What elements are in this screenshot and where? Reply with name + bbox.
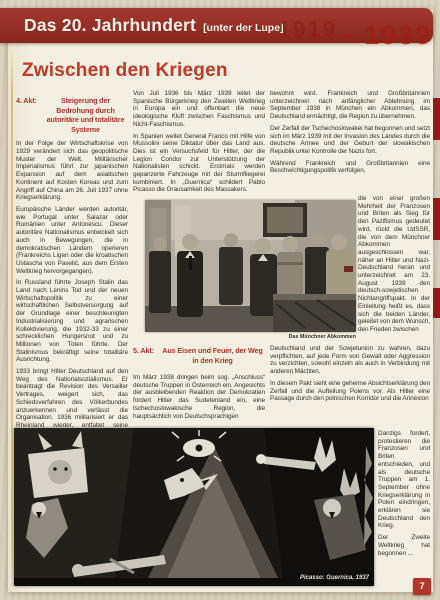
paper-crease bbox=[11, 48, 13, 594]
paragraph: Während Frankreich und Großbritannien ei… bbox=[270, 160, 430, 175]
column-right-top: bewohnt wird. Frankreich und Großbritann… bbox=[270, 90, 430, 194]
column-middle-top: Von Juli 1936 bis März 1939 leitet der S… bbox=[133, 90, 265, 198]
munich-agreement-photo bbox=[145, 200, 356, 332]
section-title: Zwischen den Kriegen bbox=[22, 60, 228, 82]
year-end: - 1939 bbox=[344, 20, 433, 50]
paragraph: In Spanien weitet General Franco mit Hil… bbox=[133, 133, 265, 195]
paragraph: Europäische Länder werden autoritär, wie… bbox=[16, 206, 128, 275]
paragraph: Im März 1938 dringen beim sog. „Anschlus… bbox=[133, 374, 265, 420]
act5-label: 5. Akt: bbox=[133, 346, 154, 356]
guernica-painting: Picasso: Guernica, 1937 bbox=[14, 428, 374, 586]
paragraph: Der Zweite Weltkrieg hat begonnen ... bbox=[378, 534, 430, 557]
chapter-year-range: 1919 - 1939 bbox=[278, 13, 432, 44]
paragraph: Deutschland und der Sowjetunion zu wahre… bbox=[270, 345, 430, 376]
paragraph: Der Zerfall der Tschechoslowakei hat beg… bbox=[270, 125, 430, 156]
textbook-page: { "header": { "title": "Das 20. Jahrhund… bbox=[0, 0, 440, 600]
paragraph: Danzigs fordert, protestieren die Franzo… bbox=[378, 430, 430, 530]
column-right-narrow-photo: die von einer großen Mehrheit der Franzo… bbox=[358, 195, 430, 345]
page-number-badge: 7 bbox=[413, 578, 431, 595]
page-edge-tab bbox=[433, 288, 440, 318]
paragraph: die von einer großen Mehrheit der Franzo… bbox=[358, 195, 430, 334]
photo-caption: Das Münchner Abkommen bbox=[205, 334, 356, 340]
chapter-title: Das 20. Jahrhundert bbox=[0, 15, 196, 36]
page-edge-tab bbox=[433, 198, 440, 240]
act5-title: Aus Eisen und Feuer, der Weg in den Krie… bbox=[162, 346, 263, 365]
act4-title: Steigerung der Bedrohung durch autoritär… bbox=[47, 96, 125, 134]
act5-heading: 5. Akt: Aus Eisen und Feuer, der Weg in … bbox=[133, 346, 265, 365]
act4-label: 4. Akt: bbox=[16, 96, 37, 106]
paragraph: In diesem Pakt sieht eine geheime Absich… bbox=[270, 380, 430, 403]
column-left: 4. Akt: Steigerung der Bedrohung durch a… bbox=[16, 96, 128, 446]
act4-heading: 4. Akt: Steigerung der Bedrohung durch a… bbox=[16, 96, 128, 134]
column-right-middle: Deutschland und der Sowjetunion zu wahre… bbox=[270, 345, 430, 429]
paragraph: In der Folge der Wirtschaftskrise von 19… bbox=[16, 140, 128, 202]
year-start: 1919 bbox=[278, 16, 337, 42]
painting-caption: Picasso: Guernica, 1937 bbox=[300, 575, 369, 581]
page-number: 7 bbox=[419, 581, 424, 592]
column-right-narrow-painting: Danzigs fordert, protestieren die Franzo… bbox=[378, 430, 430, 576]
paragraph: In Russland führte Joseph Stalin das Lan… bbox=[16, 279, 128, 364]
paragraph: bewohnt wird. Frankreich und Großbritann… bbox=[270, 90, 430, 121]
page-edge-tab bbox=[433, 98, 440, 140]
chapter-subtitle: [unter der Lupe] bbox=[203, 22, 284, 34]
paragraph: Von Juli 1936 bis März 1939 leitet der S… bbox=[133, 90, 265, 129]
